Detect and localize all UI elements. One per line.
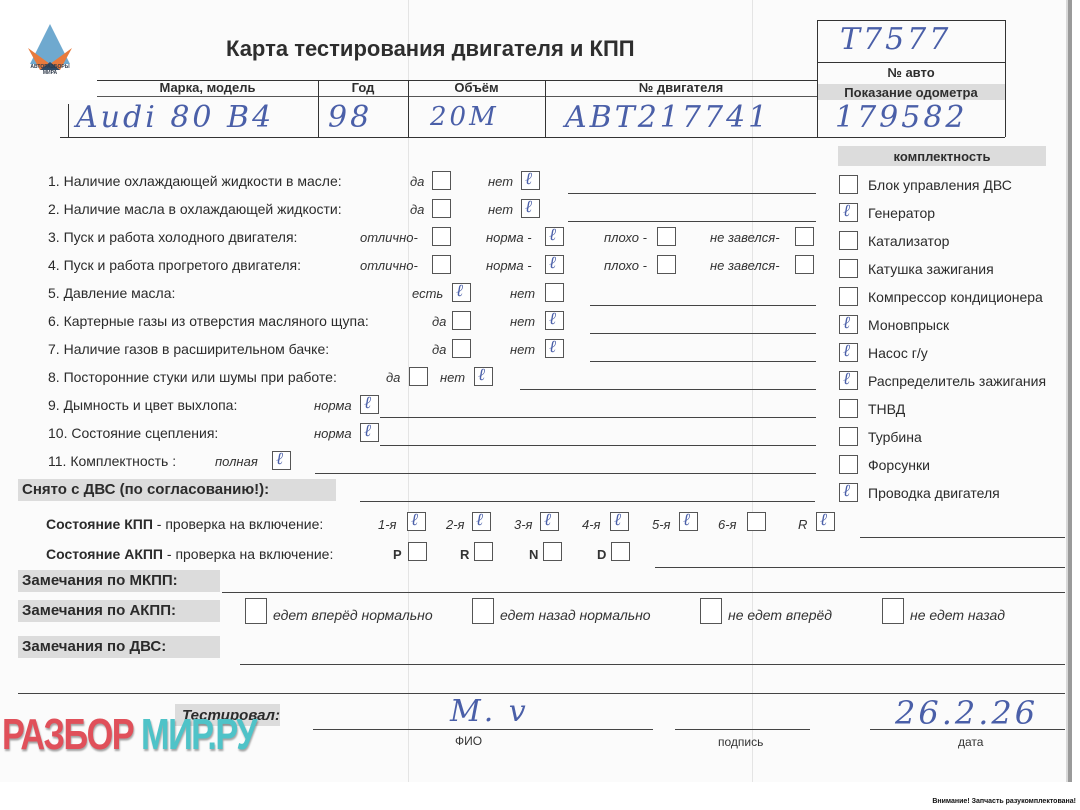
remarks-mkpp-label: Замечания по МКПП: — [22, 572, 178, 589]
question-number: 8. — [48, 369, 64, 385]
car-no-value[interactable]: T7577 — [840, 22, 951, 57]
year-value[interactable]: 98 — [328, 100, 372, 135]
position-label: P — [393, 547, 402, 562]
question-text: 4. Пуск и работа прогретого двигателя: — [48, 257, 301, 273]
completeness-title: комплектность — [838, 149, 1046, 164]
option-label: да — [432, 342, 446, 357]
option-checkbox[interactable] — [657, 227, 676, 246]
completeness-checkbox[interactable] — [839, 287, 858, 306]
question-label: Наличие масла в охлаждающей жидкости: — [64, 201, 342, 217]
completeness-checkbox[interactable]: ℓ — [839, 203, 858, 222]
completeness-item-label: Проводка двигателя — [868, 485, 1000, 501]
check-mark-icon: ℓ — [614, 510, 621, 530]
option-label: отлично- — [360, 230, 418, 245]
check-mark-icon: ℓ — [843, 313, 850, 333]
option-checkbox[interactable] — [432, 227, 451, 246]
completeness-checkbox[interactable] — [839, 399, 858, 418]
check-mark-icon: ℓ — [549, 309, 556, 329]
position-checkbox[interactable] — [474, 542, 493, 561]
carno-line — [817, 62, 1005, 63]
question-text: 6. Картерные газы из отверстия масляного… — [48, 313, 369, 329]
option-label: да — [410, 202, 424, 217]
akpp-line[interactable] — [655, 567, 1065, 568]
option-checkbox[interactable]: ℓ — [521, 171, 540, 190]
completeness-checkbox[interactable] — [839, 259, 858, 278]
option-label: нет — [488, 174, 513, 189]
check-mark-icon: ℓ — [549, 253, 556, 273]
option-checkbox[interactable]: ℓ — [452, 283, 471, 302]
option-checkbox[interactable]: ℓ — [360, 395, 379, 414]
remarks-dvs-label: Замечания по ДВС: — [22, 638, 166, 655]
option-label: плохо - — [604, 230, 647, 245]
question-number: 4. — [48, 257, 64, 273]
question-text: 1. Наличие охлаждающей жидкости в масле: — [48, 173, 342, 189]
question-label: Давление масла: — [64, 285, 176, 301]
comment-line[interactable] — [380, 417, 816, 418]
option-label: да — [410, 174, 424, 189]
question-text: 8. Посторонние стуки или шумы при работе… — [48, 369, 337, 385]
comment-line[interactable] — [568, 221, 816, 222]
option-checkbox[interactable]: ℓ — [545, 311, 564, 330]
completeness-item-label: Насос г/у — [868, 345, 928, 361]
completeness-item-label: Моновпрыск — [868, 317, 949, 333]
completeness-checkbox[interactable] — [839, 427, 858, 446]
akpp-remark-label: не едет вперёд — [728, 607, 832, 623]
akpp-remark-label: не едет назад — [910, 607, 1005, 623]
check-mark-icon: ℓ — [843, 481, 850, 501]
question-text: 9. Дымность и цвет выхлопа: — [48, 397, 237, 413]
option-label: нет — [510, 286, 535, 301]
option-label: да — [432, 314, 446, 329]
divider — [1005, 20, 1006, 137]
position-label: R — [460, 547, 469, 562]
question-text: 10. Состояние сцепления: — [48, 425, 218, 441]
divider — [68, 104, 69, 138]
option-checkbox[interactable] — [432, 199, 451, 218]
carno-top-line — [817, 20, 1005, 21]
completeness-checkbox[interactable]: ℓ — [839, 371, 858, 390]
option-checkbox[interactable]: ℓ — [545, 227, 564, 246]
question-label: Дымность и цвет выхлопа: — [64, 397, 238, 413]
option-checkbox[interactable] — [795, 255, 814, 274]
volume-value[interactable]: 20M — [430, 102, 499, 132]
question-text: 5. Давление масла: — [48, 285, 175, 301]
check-mark-icon: ℓ — [476, 510, 483, 530]
gear-checkbox[interactable] — [747, 512, 766, 531]
gear-label: 2-я — [446, 517, 465, 532]
option-label: нет — [440, 370, 465, 385]
position-label: D — [597, 547, 606, 562]
col-volume: Объём — [408, 80, 545, 95]
gear-checkbox[interactable]: ℓ — [540, 512, 559, 531]
completeness-item-label: Катализатор — [868, 233, 949, 249]
col-year: Год — [318, 80, 408, 95]
comment-line[interactable] — [568, 193, 816, 194]
completeness-item-label: Форсунки — [868, 457, 930, 473]
check-mark-icon: ℓ — [456, 281, 463, 301]
col-engine-no: № двигателя — [545, 80, 817, 95]
position-checkbox[interactable] — [611, 542, 630, 561]
completeness-checkbox[interactable]: ℓ — [839, 315, 858, 334]
option-label: нет — [510, 342, 535, 357]
question-label: Комплектность : — [70, 453, 176, 469]
signature-label: подпись — [718, 735, 763, 749]
akpp-remark-checkbox[interactable] — [700, 598, 722, 624]
check-mark-icon: ℓ — [843, 369, 850, 389]
comment-line[interactable] — [590, 361, 816, 362]
question-number: 11. — [48, 453, 70, 469]
question-label: Пуск и работа прогретого двигателя: — [64, 257, 301, 273]
kpp-line[interactable] — [860, 537, 1065, 538]
comment-line[interactable] — [520, 389, 816, 390]
gear-label: 3-я — [514, 517, 533, 532]
comment-line[interactable] — [380, 445, 816, 446]
gear-checkbox[interactable]: ℓ — [407, 512, 426, 531]
logo-mark-icon — [0, 18, 100, 88]
option-label: плохо - — [604, 258, 647, 273]
fio-line[interactable] — [313, 729, 653, 730]
question-text: 3. Пуск и работа холодного двигателя: — [48, 229, 297, 245]
date-value[interactable]: 26.2.26 — [895, 694, 1038, 732]
paper-edge — [1066, 0, 1072, 782]
question-number: 3. — [48, 229, 64, 245]
completeness-checkbox[interactable] — [839, 175, 858, 194]
check-mark-icon: ℓ — [525, 197, 532, 217]
question-number: 9. — [48, 397, 64, 413]
akpp-label: Состояние АКПП - проверка на включение: — [46, 546, 333, 562]
gear-label: 4-я — [582, 517, 601, 532]
header-bottom-line — [60, 137, 1005, 138]
question-label: Наличие газов в расширительном бачке: — [64, 341, 330, 357]
option-checkbox[interactable]: ℓ — [360, 423, 379, 442]
gear-label: 1-я — [378, 517, 397, 532]
check-mark-icon: ℓ — [843, 201, 850, 221]
akpp-remark-checkbox[interactable] — [472, 598, 494, 624]
warning-text: Внимание! Запчасть разукомплектована! — [932, 798, 1076, 805]
gear-checkbox[interactable]: ℓ — [610, 512, 629, 531]
option-label: да — [386, 370, 400, 385]
fio-value[interactable]: M. v — [450, 694, 529, 729]
gear-checkbox[interactable]: ℓ — [816, 512, 835, 531]
position-checkbox[interactable] — [543, 542, 562, 561]
check-mark-icon: ℓ — [276, 449, 283, 469]
completeness-item-label: Блок управления ДВС — [868, 177, 1012, 193]
completeness-item-label: Турбина — [868, 429, 922, 445]
akpp-remark-label: едет вперёд нормально — [273, 607, 433, 623]
check-mark-icon: ℓ — [478, 365, 485, 385]
completeness-item-label: ТНВД — [868, 401, 905, 417]
option-checkbox[interactable] — [657, 255, 676, 274]
question-number: 7. — [48, 341, 64, 357]
comment-line[interactable] — [590, 333, 816, 334]
remarks-akpp-label: Замечания по АКПП: — [22, 602, 176, 619]
question-label: Посторонние стуки или шумы при работе: — [64, 369, 337, 385]
engine-no-value[interactable]: ABT217741 — [565, 100, 770, 135]
option-label: норма - — [486, 230, 532, 245]
gear-label: R — [798, 517, 807, 532]
gear-checkbox[interactable]: ℓ — [679, 512, 698, 531]
option-label: норма - — [486, 258, 532, 273]
check-mark-icon: ℓ — [544, 510, 551, 530]
check-mark-icon: ℓ — [525, 169, 532, 189]
option-label: не завелся- — [710, 258, 780, 273]
removed-label: Снято с ДВС (по согласованию!): — [22, 481, 269, 498]
question-text: 7. Наличие газов в расширительном бачке: — [48, 341, 329, 357]
question-label: Наличие охлаждающей жидкости в масле: — [64, 173, 342, 189]
option-label: отлично- — [360, 258, 418, 273]
check-mark-icon: ℓ — [843, 341, 850, 361]
question-label: Картерные газы из отверстия масляного щу… — [64, 313, 369, 329]
option-label: норма — [314, 426, 352, 441]
completeness-item-label: Компрессор кондиционера — [868, 289, 1043, 305]
gear-checkbox[interactable]: ℓ — [472, 512, 491, 531]
completeness-checkbox[interactable]: ℓ — [839, 343, 858, 362]
question-number: 1. — [48, 173, 64, 189]
removed-line[interactable] — [360, 501, 815, 502]
check-mark-icon: ℓ — [683, 510, 690, 530]
completeness-checkbox[interactable] — [839, 231, 858, 250]
make-model-value[interactable]: Audi 80 B4 — [76, 100, 274, 135]
akpp-remark-label: едет назад нормально — [500, 607, 651, 623]
question-text: 2. Наличие масла в охлаждающей жидкости: — [48, 201, 342, 217]
logo-text-2: МИРА — [0, 70, 100, 76]
check-mark-icon: ℓ — [549, 225, 556, 245]
comment-line[interactable] — [315, 473, 816, 474]
comment-line[interactable] — [590, 305, 816, 306]
col-make-model: Марка, модель — [97, 80, 318, 95]
option-label: есть — [412, 286, 443, 301]
option-checkbox[interactable] — [795, 227, 814, 246]
check-mark-icon: ℓ — [364, 421, 371, 441]
remarks-dvs-line[interactable] — [240, 664, 1065, 665]
fio-label: ФИО — [455, 734, 482, 748]
option-checkbox[interactable]: ℓ — [474, 367, 493, 386]
question-number: 10. — [48, 425, 71, 441]
question-label: Состояние сцепления: — [71, 425, 218, 441]
option-checkbox[interactable]: ℓ — [545, 339, 564, 358]
option-checkbox[interactable]: ℓ — [521, 199, 540, 218]
option-checkbox[interactable] — [432, 255, 451, 274]
option-checkbox[interactable]: ℓ — [272, 451, 291, 470]
option-checkbox[interactable] — [545, 283, 564, 302]
header-mid-line — [97, 96, 817, 97]
option-checkbox[interactable] — [432, 171, 451, 190]
gear-label: 5-я — [652, 517, 671, 532]
remarks-mkpp-line[interactable] — [222, 592, 1065, 593]
completeness-checkbox[interactable]: ℓ — [839, 483, 858, 502]
akpp-remark-checkbox[interactable] — [882, 598, 904, 624]
option-checkbox[interactable] — [409, 367, 428, 386]
question-number: 6. — [48, 313, 64, 329]
company-logo: АВТОРАЗБОРЫ МИРА — [0, 0, 100, 100]
question-text: 11. Комплектность : — [48, 453, 176, 469]
question-label: Пуск и работа холодного двигателя: — [64, 229, 298, 245]
date-label: дата — [958, 735, 983, 749]
option-checkbox[interactable] — [452, 339, 471, 358]
position-checkbox[interactable] — [408, 542, 427, 561]
option-label: не завелся- — [710, 230, 780, 245]
option-label: полная — [215, 454, 258, 469]
check-mark-icon: ℓ — [411, 510, 418, 530]
option-label: нет — [488, 202, 513, 217]
position-label: N — [529, 547, 538, 562]
page-title: Карта тестирования двигателя и КПП — [226, 36, 635, 62]
option-checkbox[interactable] — [452, 311, 471, 330]
question-number: 2. — [48, 201, 64, 217]
watermark-logo: РАЗБОР МИР.РУ — [2, 710, 256, 760]
completeness-item-label: Генератор — [868, 205, 935, 221]
completeness-item-label: Распределитель зажигания — [868, 373, 1046, 389]
option-checkbox[interactable]: ℓ — [545, 255, 564, 274]
car-no-label: № авто — [817, 65, 1005, 80]
signature-line[interactable] — [675, 729, 810, 730]
odometer-value[interactable]: 179582 — [835, 100, 968, 135]
kpp-label: Состояние КПП - проверка на включение: — [46, 516, 323, 532]
question-number: 5. — [48, 285, 64, 301]
option-label: норма — [314, 398, 352, 413]
completeness-checkbox[interactable] — [839, 455, 858, 474]
gear-label: 6-я — [718, 517, 737, 532]
akpp-remark-checkbox[interactable] — [245, 598, 267, 624]
odometer-label: Показание одометра — [817, 85, 1005, 100]
check-mark-icon: ℓ — [549, 337, 556, 357]
check-mark-icon: ℓ — [820, 510, 827, 530]
completeness-item-label: Катушка зажигания — [868, 261, 994, 277]
option-label: нет — [510, 314, 535, 329]
check-mark-icon: ℓ — [364, 393, 371, 413]
